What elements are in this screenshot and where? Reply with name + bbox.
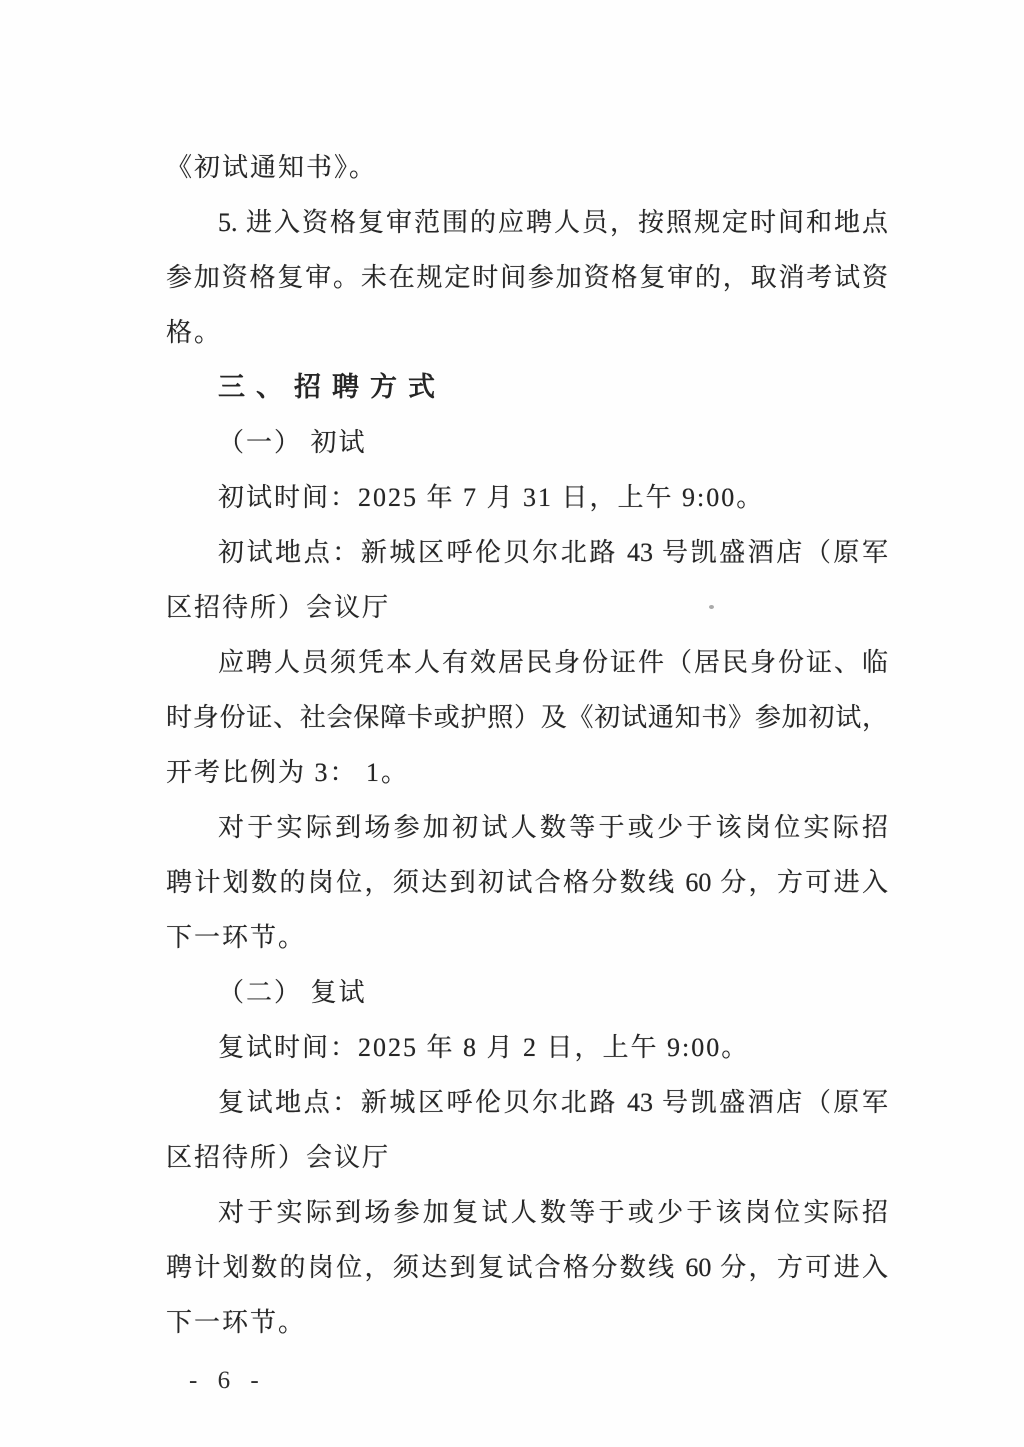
text-line: 时身份证、社会保障卡或护照）及《初试通知书》参加初试， xyxy=(166,690,888,745)
document-body: 《初试通知书》。5. 进入资格复审范围的应聘人员，按照规定时间和地点参加资格复审… xyxy=(166,140,888,1350)
text-line: 初试地点：新城区呼伦贝尔北路 43 号凯盛酒店（原军 xyxy=(166,525,888,580)
text-line: 参加资格复审。未在规定时间参加资格复审的，取消考试资 xyxy=(166,250,888,305)
text-line: 《初试通知书》。 xyxy=(166,140,888,195)
scan-speck xyxy=(709,605,714,609)
text-line: （二） 复试 xyxy=(166,965,888,1020)
text-line: 聘计划数的岗位，须达到初试合格分数线 60 分，方可进入 xyxy=(166,855,888,910)
text-line: 区招待所）会议厅 xyxy=(166,580,888,635)
text-line: 下一环节。 xyxy=(166,910,888,965)
text-line: 下一环节。 xyxy=(166,1295,888,1350)
text-line: 应聘人员须凭本人有效居民身份证件（居民身份证、临 xyxy=(166,635,888,690)
text-line: 对于实际到场参加初试人数等于或少于该岗位实际招 xyxy=(166,800,888,855)
scanned-document-page: 《初试通知书》。5. 进入资格复审范围的应聘人员，按照规定时间和地点参加资格复审… xyxy=(0,0,1024,1447)
text-line: 开考比例为 3： 1。 xyxy=(166,745,888,800)
text-line: 聘计划数的岗位，须达到复试合格分数线 60 分，方可进入 xyxy=(166,1240,888,1295)
text-line: 复试时间：2025 年 8 月 2 日，上午 9:00。 xyxy=(166,1020,888,1075)
text-line: 复试地点：新城区呼伦贝尔北路 43 号凯盛酒店（原军 xyxy=(166,1075,888,1130)
text-line: （一） 初试 xyxy=(166,415,888,470)
text-line: 格。 xyxy=(166,305,888,360)
text-line: 5. 进入资格复审范围的应聘人员，按照规定时间和地点 xyxy=(166,195,888,250)
text-line: 三、招聘方式 xyxy=(166,360,888,415)
text-line: 初试时间：2025 年 7 月 31 日，上午 9:00。 xyxy=(166,470,888,525)
text-line: 对于实际到场参加复试人数等于或少于该岗位实际招 xyxy=(166,1185,888,1240)
text-line: 区招待所）会议厅 xyxy=(166,1130,888,1185)
page-number: - 6 - xyxy=(189,1366,266,1396)
